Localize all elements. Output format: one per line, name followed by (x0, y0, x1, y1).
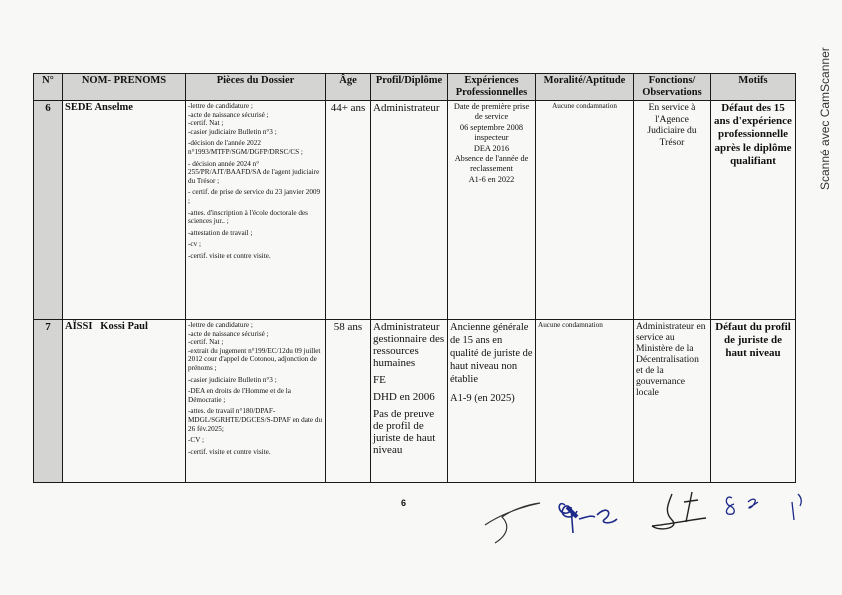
piece-item: -décision de l'année 2022 n°1993/MTFP/SG… (188, 139, 323, 156)
piece-item: -lettre de candidature ; (188, 321, 323, 330)
table-header-row: N° NOM- PRENOMS Pièces du Dossier Âge Pr… (34, 74, 796, 101)
piece-item: -attes. d'inscription à l'école doctoral… (188, 209, 323, 226)
experience-line: Date de première prise de service (450, 102, 533, 123)
signature-3-icon (650, 490, 710, 535)
camscanner-watermark: Scanné avec CamScanner (818, 47, 832, 190)
experiences: Ancienne générale de 15 ans en qualité d… (448, 320, 536, 483)
signature-1-icon (480, 495, 560, 545)
candidate-age: 44+ ans (326, 101, 371, 320)
piece-item: -casier judiciaire Bulletin n°3 ; (188, 128, 323, 137)
experiences: Date de première prise de service 06 sep… (448, 101, 536, 320)
profil-line: FE (373, 374, 445, 386)
piece-item: -certif. visite et contre visite. (188, 448, 323, 457)
profil-line: DHD en 2006 (373, 391, 445, 403)
header-name: NOM- PRENOMS (63, 74, 186, 101)
candidate-name: SEDE Anselme (63, 101, 186, 320)
piece-item: -lettre de candidature ; (188, 102, 323, 111)
moralite-aptitude: Aucune condamnation (536, 101, 634, 320)
experience-line: DEA 2016 (450, 144, 533, 154)
motif: Défaut des 15 ans d'expérience professio… (711, 101, 796, 320)
header-pieces: Pièces du Dossier (186, 74, 326, 101)
experience-line: A1-6 en 2022 (450, 175, 533, 185)
header-age: Âge (326, 74, 371, 101)
table-row: 7 AÏSSI Kossi Paul -lettre de candidatur… (34, 320, 796, 483)
experience-line: 06 septembre 2008 (450, 123, 533, 133)
profil-line: Administrateur gestionnaire des ressourc… (373, 321, 445, 369)
profil-line: Pas de preuve de profil de juriste de ha… (373, 408, 445, 456)
header-motifs: Motifs (711, 74, 796, 101)
candidate-name: AÏSSI Kossi Paul (63, 320, 186, 483)
piece-item: -cv ; (188, 240, 323, 249)
dossier-pieces: -lettre de candidature ; -acte de naissa… (186, 101, 326, 320)
piece-item: -attes. de travail n°180/DPAF-MDGL/SGRHT… (188, 407, 323, 433)
header-num: N° (34, 74, 63, 101)
experience-line: inspecteur (450, 133, 533, 143)
initials-icon (718, 492, 808, 522)
fonctions-observations: Administrateur en service au Ministère d… (634, 320, 711, 483)
piece-item: -attestation de travail ; (188, 229, 323, 238)
scanned-page: N° NOM- PRENOMS Pièces du Dossier Âge Pr… (0, 0, 842, 595)
piece-item: -certif. visite et contre visite. (188, 252, 323, 261)
piece-item: - décision année 2024 n° 255/PR/AJT/BAAF… (188, 160, 323, 186)
row-number: 7 (34, 320, 63, 483)
piece-item: -DEA en droits de l'Homme et de la Démoc… (188, 387, 323, 404)
motif: Défaut du profil de juriste de haut nive… (711, 320, 796, 483)
piece-item: -certif. Nat ; (188, 338, 323, 347)
dossier-pieces: -lettre de candidature ; -acte de naissa… (186, 320, 326, 483)
row-number: 6 (34, 101, 63, 320)
header-experiences: Expériences Professionnelles (448, 74, 536, 101)
profil-diplome: Administrateur (371, 101, 448, 320)
table-row: 6 SEDE Anselme -lettre de candidature ; … (34, 101, 796, 320)
piece-item: -CV ; (188, 436, 323, 445)
fonctions-observations: En service à l'Agence Judiciaire du Trés… (634, 101, 711, 320)
experience-line: Ancienne générale de 15 ans en qualité d… (450, 321, 533, 386)
piece-item: -extrait du jugement n°199/EC/12du 09 ju… (188, 347, 323, 373)
piece-item: - certif. de prise de service du 23 janv… (188, 188, 323, 205)
page-number: 6 (401, 498, 406, 508)
experience-line: Absence de l'année de reclassement (450, 154, 533, 175)
moralite-aptitude: Aucune condamnation (536, 320, 634, 483)
signature-2-icon (555, 497, 625, 537)
piece-item: -acte de naissance sécurisé ; (188, 111, 323, 120)
experience-line: A1-9 (en 2025) (450, 392, 533, 405)
piece-item: -certif. Nat ; (188, 119, 323, 128)
profil-line: Administrateur (373, 102, 445, 114)
candidate-age: 58 ans (326, 320, 371, 483)
header-fonctions: Fonctions/ Observations (634, 74, 711, 101)
piece-item: -casier judiciaire Bulletin n°3 ; (188, 376, 323, 385)
header-moralite: Moralité/Aptitude (536, 74, 634, 101)
candidates-table: N° NOM- PRENOMS Pièces du Dossier Âge Pr… (33, 73, 796, 483)
header-profil: Profil/Diplôme (371, 74, 448, 101)
piece-item: -acte de naissance sécurisé ; (188, 330, 323, 339)
profil-diplome: Administrateur gestionnaire des ressourc… (371, 320, 448, 483)
